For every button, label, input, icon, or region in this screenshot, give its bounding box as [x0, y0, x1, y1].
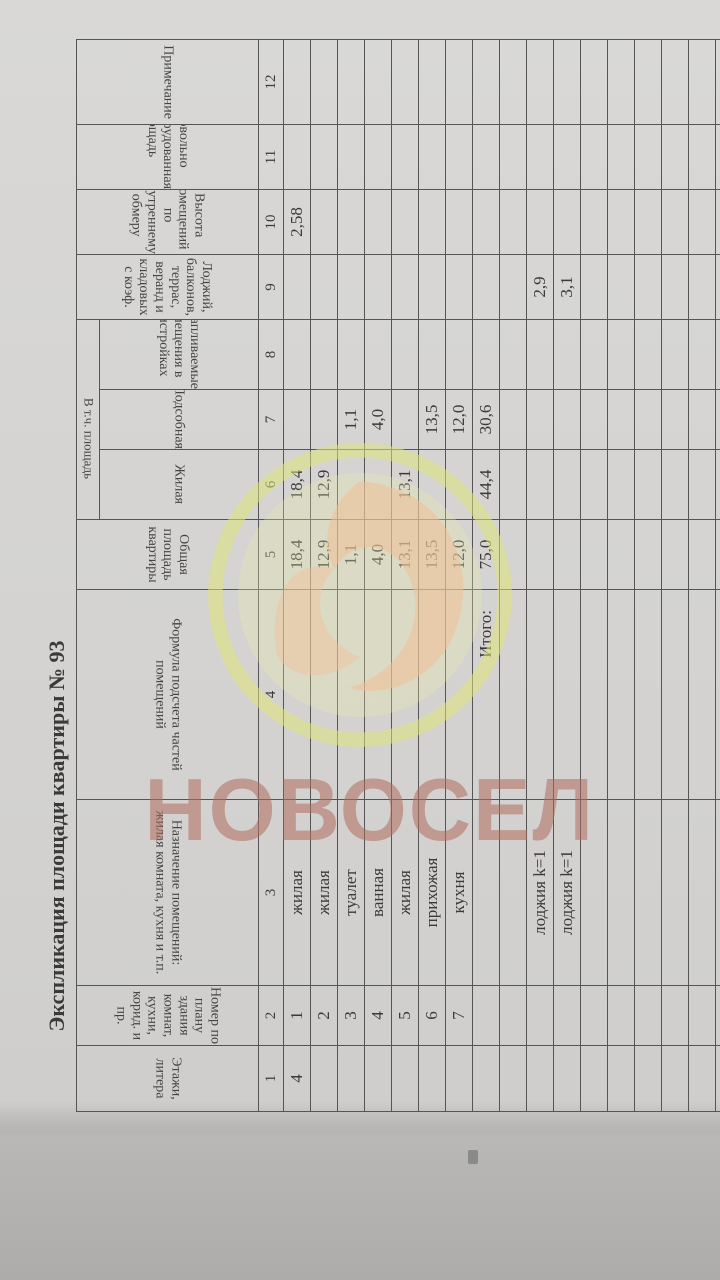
- table-row: 4ванная4,04,0: [365, 40, 392, 1112]
- cell-unheated: [581, 320, 608, 390]
- cell-num: [500, 986, 527, 1046]
- background-surface: [0, 1135, 720, 1280]
- cell-unauth: [662, 125, 689, 190]
- cell-purpose: [689, 800, 716, 986]
- cell-living: [662, 450, 689, 520]
- cell-loggia: [662, 255, 689, 320]
- cell-formula: [446, 590, 473, 800]
- header-col7-text: Подсобная: [171, 390, 187, 450]
- cell-num: 5: [392, 986, 419, 1046]
- cell-purpose: [716, 800, 720, 986]
- column-number-8: 8: [259, 320, 284, 390]
- cell-note: [689, 40, 716, 125]
- header-col8-text: Неотапливаемые помещения в пристройках: [155, 320, 202, 390]
- cell-loggia: [446, 255, 473, 320]
- table-row: [689, 40, 716, 1112]
- cell-utility: 13,5: [419, 390, 446, 450]
- table-row: лоджия k=13,1: [554, 40, 581, 1112]
- cell-living: [527, 450, 554, 520]
- cell-note: [635, 40, 662, 125]
- cell-floor: [419, 1046, 446, 1112]
- table-row: [608, 40, 635, 1112]
- cell-unauth: [311, 125, 338, 190]
- cell-utility: [689, 390, 716, 450]
- cell-living: 12,9: [311, 450, 338, 520]
- column-number-12: 12: [259, 40, 284, 125]
- cell-unheated: [608, 320, 635, 390]
- header-col2: Номер по плану здания комнат, кухни, кор…: [77, 986, 259, 1046]
- cell-height: 2,58: [284, 190, 311, 255]
- cell-note: [608, 40, 635, 125]
- cell-living: [689, 450, 716, 520]
- cell-utility: [608, 390, 635, 450]
- cell-unauth: [392, 125, 419, 190]
- cell-total: 12,9: [311, 520, 338, 590]
- column-number-3: 3: [259, 800, 284, 986]
- header-col3-text: Назначение помещений: жилая комната, кух…: [152, 800, 183, 985]
- cell-formula: [500, 590, 527, 800]
- table-row: 6прихожая13,513,5: [419, 40, 446, 1112]
- cell-unauth: [473, 125, 500, 190]
- document-title: Экспликация площади квартиры № 93: [38, 40, 77, 1112]
- column-number-6: 6: [259, 450, 284, 520]
- cell-unheated: [527, 320, 554, 390]
- cell-formula: [365, 590, 392, 800]
- cell-purpose: кухня: [446, 800, 473, 986]
- cell-living: [554, 450, 581, 520]
- cell-living: 13,1: [392, 450, 419, 520]
- cell-formula: [608, 590, 635, 800]
- cell-floor: [554, 1046, 581, 1112]
- cell-total: 13,5: [419, 520, 446, 590]
- table-row: 5жилая13,113,1: [392, 40, 419, 1112]
- cell-utility: [716, 390, 720, 450]
- table-row: 3туалет1,11,1: [338, 40, 365, 1112]
- cell-num: [716, 986, 720, 1046]
- cell-utility: [311, 390, 338, 450]
- cell-purpose: [473, 800, 500, 986]
- cell-num: 3: [338, 986, 365, 1046]
- cell-floor: [581, 1046, 608, 1112]
- cell-purpose: туалет: [338, 800, 365, 986]
- cell-purpose: жилая: [284, 800, 311, 986]
- cell-total: [554, 520, 581, 590]
- cell-floor: [311, 1046, 338, 1112]
- cell-unauth: [365, 125, 392, 190]
- cell-height: [392, 190, 419, 255]
- cell-utility: [554, 390, 581, 450]
- cell-unauth: [716, 125, 720, 190]
- table-row: [500, 40, 527, 1112]
- cell-total: [527, 520, 554, 590]
- header-group-area: В т.ч. площадь: [77, 320, 100, 520]
- cell-purpose: жилая: [392, 800, 419, 986]
- cell-unheated: [419, 320, 446, 390]
- cell-height: [608, 190, 635, 255]
- cell-purpose: жилая: [311, 800, 338, 986]
- cell-purpose: [581, 800, 608, 986]
- header-col2-text: Номер по плану здания комнат, кухни, кор…: [113, 986, 223, 1045]
- cell-note: [500, 40, 527, 125]
- cell-unheated: [392, 320, 419, 390]
- cell-num: [608, 986, 635, 1046]
- cell-note: [554, 40, 581, 125]
- staple-mark: [468, 1150, 478, 1164]
- cell-unheated: [500, 320, 527, 390]
- header-col9: Лоджий, балконов, террас, веранд и кладо…: [77, 255, 259, 320]
- cell-purpose: [500, 800, 527, 986]
- cell-num: [554, 986, 581, 1046]
- header-group-area-text: В т.ч. площадь: [81, 398, 96, 479]
- cell-num: 7: [446, 986, 473, 1046]
- cell-unauth: [338, 125, 365, 190]
- cell-living: [635, 450, 662, 520]
- column-number-1: 1: [259, 1046, 284, 1112]
- cell-height: [419, 190, 446, 255]
- table-row: [581, 40, 608, 1112]
- cell-utility: [500, 390, 527, 450]
- cell-height: [716, 190, 720, 255]
- cell-loggia: [311, 255, 338, 320]
- cell-utility: [635, 390, 662, 450]
- cell-loggia: [338, 255, 365, 320]
- cell-unauth: [500, 125, 527, 190]
- cell-formula: [689, 590, 716, 800]
- cell-living: 44,4: [473, 450, 500, 520]
- cell-num: 4: [365, 986, 392, 1046]
- cell-unauth: [689, 125, 716, 190]
- cell-purpose: [608, 800, 635, 986]
- cell-num: 1: [284, 986, 311, 1046]
- cell-height: [689, 190, 716, 255]
- cell-unheated: [689, 320, 716, 390]
- cell-floor: [473, 1046, 500, 1112]
- cell-utility: [284, 390, 311, 450]
- cell-note: [311, 40, 338, 125]
- cell-utility: 1,1: [338, 390, 365, 450]
- header-col11-text: Самовольно переоборудованная площадь: [144, 125, 191, 190]
- cell-total: [689, 520, 716, 590]
- cell-utility: [392, 390, 419, 450]
- cell-unheated: [473, 320, 500, 390]
- cell-formula: [554, 590, 581, 800]
- cell-height: [500, 190, 527, 255]
- cell-note: [419, 40, 446, 125]
- cell-unauth: [446, 125, 473, 190]
- cell-unauth: [419, 125, 446, 190]
- cell-num: [635, 986, 662, 1046]
- cell-loggia: [284, 255, 311, 320]
- cell-utility: [527, 390, 554, 450]
- cell-floor: [716, 1046, 720, 1112]
- cell-height: [365, 190, 392, 255]
- cell-total: [716, 520, 720, 590]
- cell-total: 75,0: [473, 520, 500, 590]
- cell-note: [716, 40, 720, 125]
- header-col1: Этажи, литера: [77, 1046, 259, 1112]
- cell-note: [527, 40, 554, 125]
- cell-unauth: [581, 125, 608, 190]
- table-row: 2жилая12,912,9: [311, 40, 338, 1112]
- cell-utility: 4,0: [365, 390, 392, 450]
- header-col7: Подсобная: [100, 390, 259, 450]
- cell-living: [419, 450, 446, 520]
- header-col10: Высота помещений по внутреннему обмеру: [77, 190, 259, 255]
- column-number-2: 2: [259, 986, 284, 1046]
- cell-purpose: прихожая: [419, 800, 446, 986]
- column-number-9: 9: [259, 255, 284, 320]
- column-number-7: 7: [259, 390, 284, 450]
- cell-living: [716, 450, 720, 520]
- cell-unheated: [446, 320, 473, 390]
- cell-total: 1,1: [338, 520, 365, 590]
- cell-floor: [338, 1046, 365, 1112]
- cell-loggia: [365, 255, 392, 320]
- cell-formula: [419, 590, 446, 800]
- cell-formula: [716, 590, 720, 800]
- cell-loggia: [716, 255, 720, 320]
- cell-unheated: [716, 320, 720, 390]
- cell-utility: [581, 390, 608, 450]
- cell-unauth: [635, 125, 662, 190]
- cell-total: 4,0: [365, 520, 392, 590]
- cell-floor: [446, 1046, 473, 1112]
- cell-height: [581, 190, 608, 255]
- cell-floor: 4: [284, 1046, 311, 1112]
- cell-living: [608, 450, 635, 520]
- cell-living: [338, 450, 365, 520]
- cell-loggia: [419, 255, 446, 320]
- cell-living: 18,4: [284, 450, 311, 520]
- cell-note: [284, 40, 311, 125]
- cell-loggia: [473, 255, 500, 320]
- cell-unheated: [311, 320, 338, 390]
- header-col4-text: Формула подсчета частей помещений: [152, 590, 183, 799]
- cell-height: [473, 190, 500, 255]
- cell-num: [662, 986, 689, 1046]
- cell-num: [689, 986, 716, 1046]
- cell-living: [446, 450, 473, 520]
- cell-formula: [581, 590, 608, 800]
- cell-total: [500, 520, 527, 590]
- cell-note: [581, 40, 608, 125]
- cell-note: [365, 40, 392, 125]
- cell-total: 18,4: [284, 520, 311, 590]
- cell-unheated: [365, 320, 392, 390]
- cell-unheated: [635, 320, 662, 390]
- cell-living: [581, 450, 608, 520]
- cell-formula: Итого:: [473, 590, 500, 800]
- header-col5-text: Общая площадь квартиры: [144, 520, 191, 589]
- cell-loggia: 3,1: [554, 255, 581, 320]
- cell-height: [662, 190, 689, 255]
- cell-unheated: [554, 320, 581, 390]
- header-col5: Общая площадь квартиры: [77, 520, 259, 590]
- cell-unauth: [608, 125, 635, 190]
- cell-floor: [662, 1046, 689, 1112]
- cell-height: [311, 190, 338, 255]
- cell-formula: [392, 590, 419, 800]
- cell-loggia: [392, 255, 419, 320]
- cell-floor: [365, 1046, 392, 1112]
- header-col3: Назначение помещений: жилая комната, кух…: [77, 800, 259, 986]
- cell-unauth: [284, 125, 311, 190]
- cell-total: [635, 520, 662, 590]
- cell-note: [473, 40, 500, 125]
- cell-floor: [392, 1046, 419, 1112]
- cell-note: [662, 40, 689, 125]
- table-row: лоджия k=12,9: [527, 40, 554, 1112]
- header-col6-text: Жилая: [171, 465, 187, 505]
- cell-loggia: [581, 255, 608, 320]
- cell-total: [581, 520, 608, 590]
- explication-table: Экспликация площади квартиры № 93Этажи, …: [38, 39, 720, 1112]
- cell-formula: [311, 590, 338, 800]
- cell-formula: [662, 590, 689, 800]
- cell-total: 12,0: [446, 520, 473, 590]
- cell-purpose: ванная: [365, 800, 392, 986]
- header-col12-text: Примечание: [160, 45, 176, 119]
- cell-loggia: [689, 255, 716, 320]
- cell-num: [473, 986, 500, 1046]
- cell-formula: [527, 590, 554, 800]
- cell-utility: [662, 390, 689, 450]
- cell-floor: [608, 1046, 635, 1112]
- header-col10-text: Высота помещений по внутреннему обмеру: [128, 190, 206, 255]
- column-number-5: 5: [259, 520, 284, 590]
- cell-purpose: лоджия k=1: [554, 800, 581, 986]
- cell-unauth: [554, 125, 581, 190]
- rotated-document: Экспликация площади квартиры № 93Этажи, …: [36, 40, 720, 1112]
- cell-floor: [635, 1046, 662, 1112]
- cell-note: [446, 40, 473, 125]
- column-number-11: 11: [259, 125, 284, 190]
- header-col11: Самовольно переоборудованная площадь: [77, 125, 259, 190]
- table-row: [716, 40, 720, 1112]
- cell-formula: [635, 590, 662, 800]
- cell-num: [581, 986, 608, 1046]
- table-row: 7кухня12,012,0: [446, 40, 473, 1112]
- header-col8: Неотапливаемые помещения в пристройках: [100, 320, 259, 390]
- cell-unheated: [662, 320, 689, 390]
- cell-num: [527, 986, 554, 1046]
- header-col12: Примечание: [77, 40, 259, 125]
- cell-num: 2: [311, 986, 338, 1046]
- cell-height: [635, 190, 662, 255]
- header-col9-text: Лоджий, балконов, террас, веранд и кладо…: [120, 255, 214, 319]
- cell-utility: 12,0: [446, 390, 473, 450]
- cell-unauth: [527, 125, 554, 190]
- header-col4: Формула подсчета частей помещений: [77, 590, 259, 800]
- cell-formula: [284, 590, 311, 800]
- cell-loggia: 2,9: [527, 255, 554, 320]
- table-row: 41жилая18,418,42,58: [284, 40, 311, 1112]
- cell-note: [392, 40, 419, 125]
- cell-purpose: [635, 800, 662, 986]
- cell-height: [446, 190, 473, 255]
- cell-loggia: [635, 255, 662, 320]
- cell-total: [662, 520, 689, 590]
- cell-formula: [338, 590, 365, 800]
- cell-purpose: [662, 800, 689, 986]
- cell-unheated: [338, 320, 365, 390]
- column-number-4: 4: [259, 590, 284, 800]
- cell-loggia: [608, 255, 635, 320]
- table-row: [662, 40, 689, 1112]
- cell-living: [365, 450, 392, 520]
- cell-num: 6: [419, 986, 446, 1046]
- cell-note: [338, 40, 365, 125]
- cell-living: [500, 450, 527, 520]
- cell-unheated: [284, 320, 311, 390]
- cell-floor: [500, 1046, 527, 1112]
- cell-loggia: [500, 255, 527, 320]
- cell-total: [608, 520, 635, 590]
- cell-height: [527, 190, 554, 255]
- cell-utility: 30,6: [473, 390, 500, 450]
- cell-floor: [689, 1046, 716, 1112]
- header-col6: Жилая: [100, 450, 259, 520]
- table-row: Итого:75,044,430,6: [473, 40, 500, 1112]
- column-number-10: 10: [259, 190, 284, 255]
- cell-height: [338, 190, 365, 255]
- cell-height: [554, 190, 581, 255]
- cell-purpose: лоджия k=1: [527, 800, 554, 986]
- header-col1-text: Этажи, литера: [152, 1046, 183, 1111]
- cell-total: 13,1: [392, 520, 419, 590]
- cell-floor: [527, 1046, 554, 1112]
- table-row: [635, 40, 662, 1112]
